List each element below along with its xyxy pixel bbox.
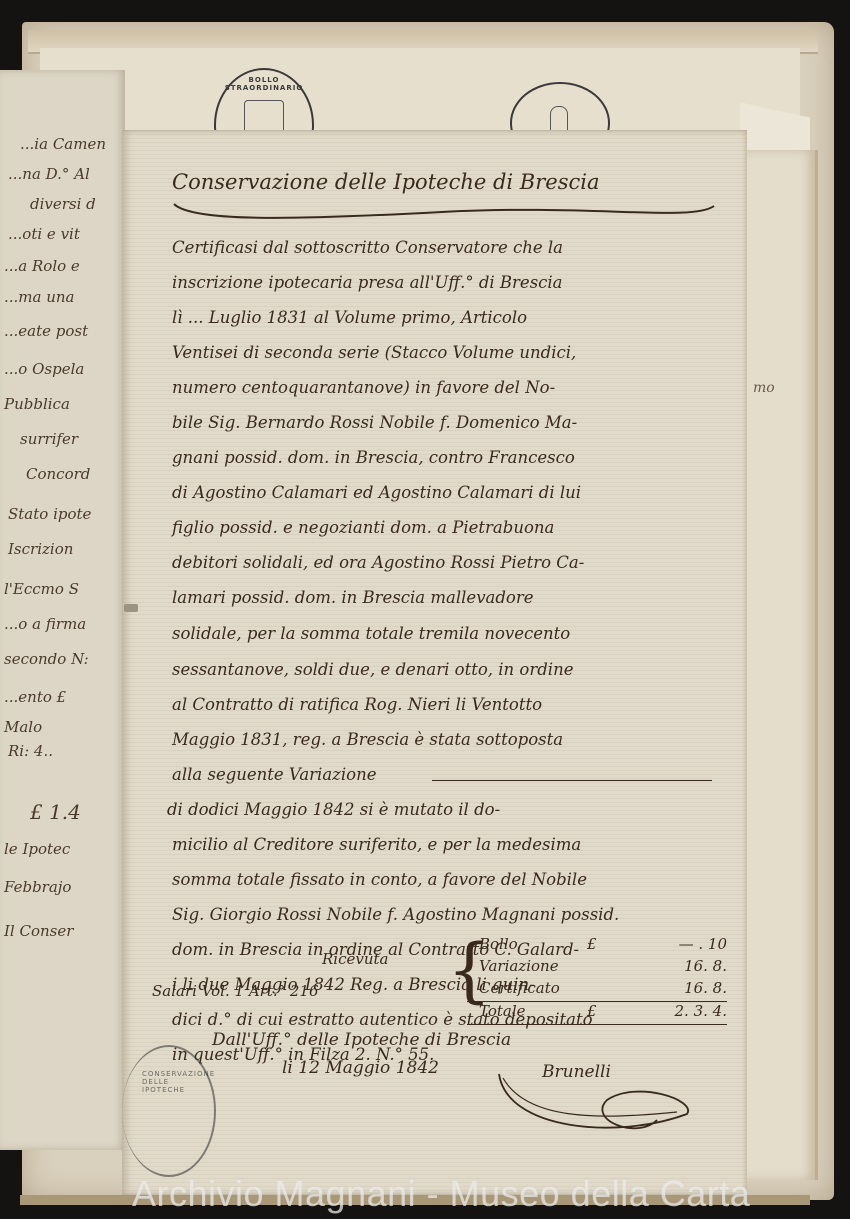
seal-text: CONSERVAZIONE DELLE IPOTECHE [142, 1070, 212, 1094]
receipt-label: Ricevuta [322, 950, 388, 968]
left-fragment: Ri: 4.. [8, 742, 53, 760]
fee-row: Bollo £ — . 10 [467, 935, 727, 957]
left-fragment: Stato ipote [8, 505, 91, 523]
line-filler-rule [432, 780, 712, 781]
fee-row: Certificato 16. 8. [467, 979, 727, 1001]
body-line: micilio al Creditore suriferito, e per l… [172, 835, 581, 854]
left-fragment: Iscrizion [8, 540, 73, 558]
left-fragment: Concord [26, 465, 90, 483]
document-heading: Conservazione delle Ipoteche di Brescia [172, 170, 599, 194]
left-fragment: ...na D.° Al [8, 165, 90, 183]
left-fragment: ...eate post [4, 322, 88, 340]
left-fragment: Malo [4, 718, 42, 736]
body-line: lì ... Luglio 1831 al Volume primo, Arti… [172, 308, 527, 327]
certificate-sheet: Conservazione delle Ipoteche di Brescia … [122, 130, 747, 1195]
fee-label: Variazione [479, 957, 559, 975]
fees-table: Bollo £ — . 10 Variazione 16. 8. Certifi… [467, 935, 727, 1025]
fee-amount: 16. 8. [684, 979, 727, 997]
right-underlying-sheet: mo [735, 150, 818, 1180]
body-line: numero centoquarantanove) in favore del … [172, 378, 555, 397]
body-line: somma totale fissato in conto, a favore … [172, 870, 587, 889]
body-line: Certificasi dal sottoscritto Conservator… [172, 238, 563, 257]
fee-row: Variazione 16. 8. [467, 957, 727, 979]
underlying-sheet [40, 48, 800, 140]
left-fragment: ...ia Camen [20, 135, 106, 153]
fee-total-row: Totale £ 2. 3. 4. [467, 1001, 727, 1025]
margin-fragment: mo [753, 380, 775, 396]
body-line: bile Sig. Bernardo Rossi Nobile f. Domen… [172, 413, 577, 432]
body-line: di dodici Maggio 1842 si è mutato il do- [167, 800, 500, 819]
left-fragment: secondo N: [4, 650, 89, 668]
binding-pin [124, 604, 138, 612]
fee-amount: — . 10 [679, 935, 727, 953]
stamp-text: BOLLO STRAORDINARIO [216, 76, 312, 92]
left-fragment: Il Conser [4, 922, 73, 940]
heading-underline-swash [172, 202, 717, 224]
body-line: lamari possid. dom. in Brescia mallevado… [172, 588, 534, 607]
issue-date: li 12 Maggio 1842 [282, 1058, 439, 1078]
left-fragment: ...ma una [4, 288, 75, 306]
left-fragment: ...ento £ [4, 688, 66, 706]
fee-label: Certificato [479, 979, 560, 997]
left-fragment: diversi d [30, 195, 96, 213]
body-line: di Agostino Calamari ed Agostino Calamar… [172, 483, 581, 502]
salary-reference: Salari Vol. 1 Art.° 216 [152, 982, 319, 1000]
left-fragment: ...oti e vit [8, 225, 80, 243]
body-line: Ventisei di seconda serie (Stacco Volume… [172, 343, 576, 362]
left-fragment: surrifer [20, 430, 78, 448]
left-overlapping-sheet: ...ia Camen ...na D.° Al diversi d ...ot… [0, 70, 125, 1150]
body-line: debitori solidali, ed ora Agostino Rossi… [172, 553, 584, 572]
left-fragment: l'Eccmo S [4, 580, 79, 598]
fee-amount: 16. 8. [684, 957, 727, 975]
left-fragment: £ 1.4 [30, 800, 81, 824]
issuing-office: Dall'Uff.° delle Ipoteche di Brescia [212, 1030, 511, 1050]
body-line: inscrizione ipotecaria presa all'Uff.° d… [172, 273, 563, 292]
body-line: Sig. Giorgio Rossi Nobile f. Agostino Ma… [172, 905, 619, 924]
left-fragment: Febbrajo [4, 878, 71, 896]
fee-label: Totale [479, 1002, 526, 1020]
signature-flourish [497, 1070, 697, 1150]
archive-watermark: Archivio Magnani - Museo della Carta [132, 1173, 750, 1215]
fee-amount: 2. 3. 4. [675, 1002, 727, 1020]
body-line: sessantanove, soldi due, e denari otto, … [172, 660, 573, 679]
left-fragment: Pubblica [4, 395, 70, 413]
left-fragment: ...a Rolo e [4, 257, 80, 275]
fee-currency: £ [587, 1002, 597, 1020]
body-line: solidale, per la somma totale tremila no… [172, 624, 570, 643]
body-line: Maggio 1831, reg. a Brescia è stata sott… [172, 730, 563, 749]
left-fragment: le Ipotec [4, 840, 70, 858]
body-line: al Contratto di ratifica Rog. Nieri li V… [172, 695, 542, 714]
fee-label: Bollo [479, 935, 518, 953]
left-fragment: ...o a firma [4, 615, 86, 633]
body-line: figlio possid. e negozianti dom. a Pietr… [172, 518, 554, 537]
conservazione-seal [122, 1045, 216, 1177]
body-line: alla seguente Variazione [172, 765, 376, 784]
left-fragment: ...o Ospela [4, 360, 84, 378]
fee-currency: £ [587, 935, 597, 953]
body-line: gnani possid. dom. in Brescia, contro Fr… [172, 448, 575, 467]
